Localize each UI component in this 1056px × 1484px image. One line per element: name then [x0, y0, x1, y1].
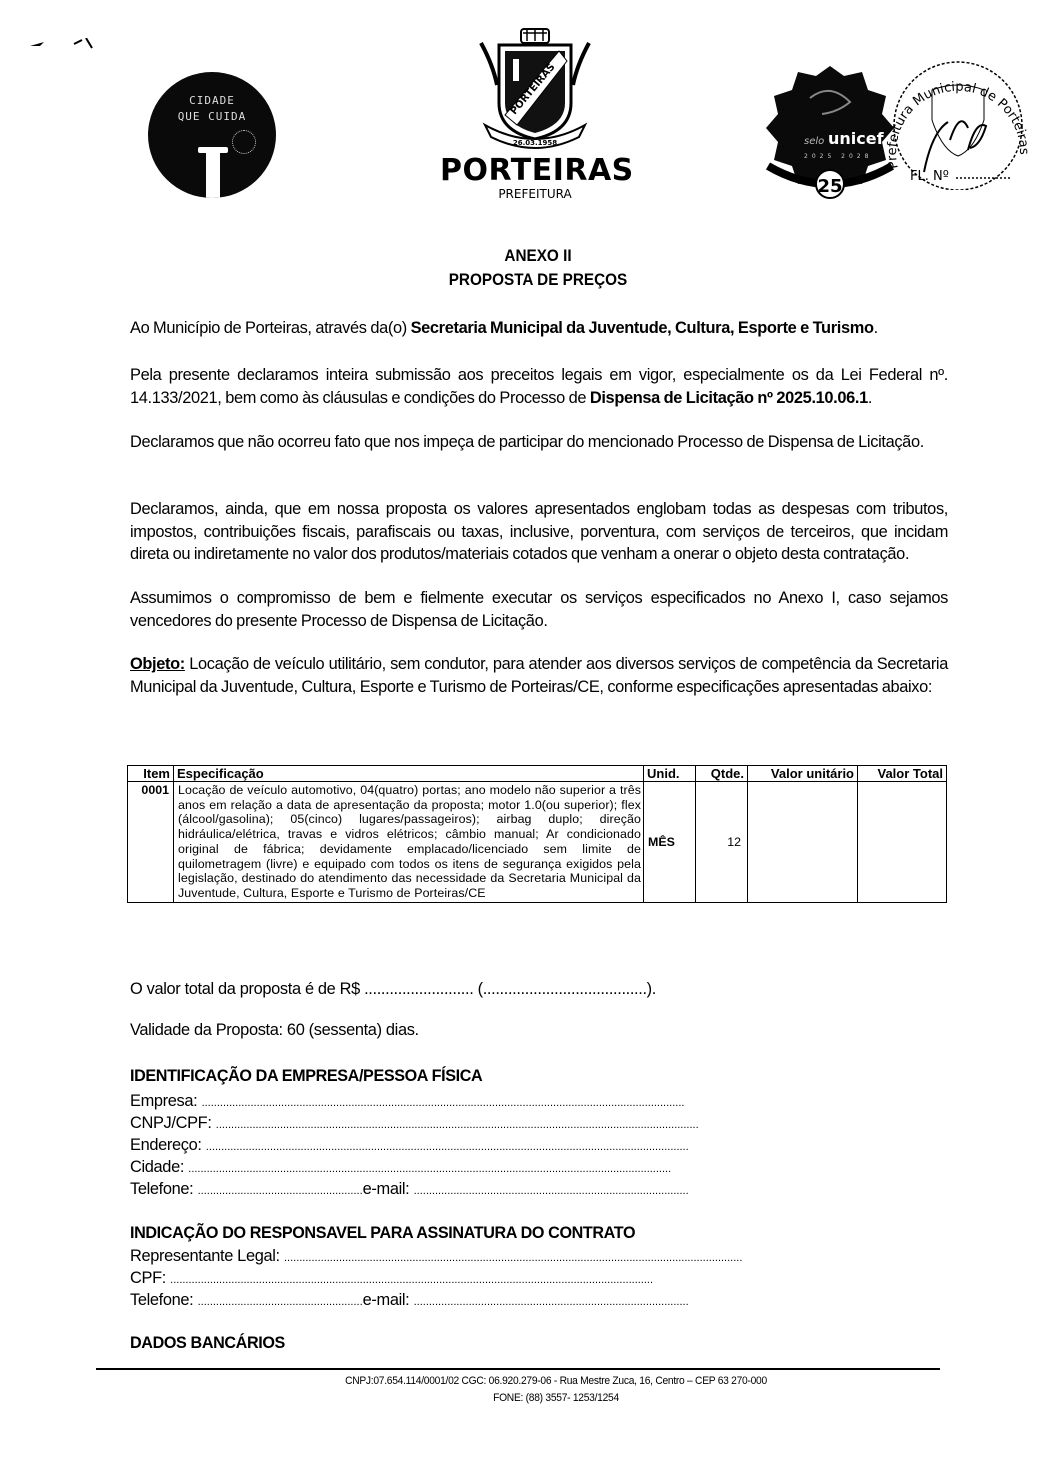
responsavel-telefone-email-field[interactable]: Telefone: ..............................… — [130, 1289, 738, 1313]
annex-title: ANEXO II — [54, 246, 1022, 266]
prefeitura-label: PREFEITURA — [440, 187, 630, 201]
selo-unicef-icon: selo unicef 2025 2028 25 — [760, 62, 900, 202]
fill-line: ........................................… — [414, 1296, 689, 1308]
stamp-prefeitura-icon: Prefeitura Municipal de Porteiras FL. Nº — [880, 60, 1030, 190]
cell-valor-total[interactable] — [858, 782, 947, 903]
city-name: PORTEIRAS — [440, 155, 630, 187]
porteiras-logo: PORTEIRAS 26.03.1958 PORTEIRAS PREFEITUR… — [440, 25, 630, 205]
logo-left-line2: QUE CUIDA — [148, 110, 276, 123]
col-unid: Unid. — [644, 766, 696, 782]
logo-seal-icon — [232, 130, 256, 154]
endereco-field[interactable]: Endereço: ..............................… — [130, 1134, 750, 1158]
cell-unid: MÊS — [644, 782, 696, 903]
fill-line: ........................................… — [188, 1163, 671, 1175]
fill-line: ........................................… — [414, 1185, 689, 1197]
footer-phone: FONE: (88) 3557- 1253/1254 — [56, 1392, 1056, 1404]
secretaria-name: Secretaria Municipal da Juventude, Cultu… — [411, 319, 874, 337]
cidade-logo-icon: CIDADE QUE CUIDA — [148, 72, 276, 198]
company-identification-heading: IDENTIFICAÇÃO DA EMPRESA/PESSOA FÍSICA — [130, 1066, 482, 1086]
cell-item: 0001 — [128, 782, 174, 903]
fill-line: ........................................… — [206, 1141, 689, 1153]
price-table: Item Especificação Unid. Qtde. Valor uni… — [127, 765, 947, 903]
validity-line: Validade da Proposta: 60 (sessenta) dias… — [130, 1021, 419, 1040]
fill-line: ........................................… — [198, 1185, 363, 1197]
object-label: Objeto: — [130, 655, 185, 673]
fill-line: ........................................… — [284, 1252, 742, 1264]
telefone-email-field[interactable]: Telefone: ..............................… — [130, 1178, 735, 1202]
costs-paragraph: Declaramos, ainda, que em nossa proposta… — [130, 498, 948, 566]
svg-text:FL. Nº: FL. Nº — [910, 169, 949, 184]
cell-qtde: 12 — [696, 782, 748, 903]
object-paragraph: Objeto: Locação de veículo utilitário, s… — [130, 653, 948, 698]
footer-divider — [96, 1368, 940, 1370]
logo-left-line1: CIDADE — [148, 94, 276, 107]
footer-address: CNPJ:07.654.114/0001/02 CGC: 06.920.279-… — [56, 1375, 1056, 1387]
fill-line: ........................................… — [170, 1274, 653, 1286]
submission-paragraph: Pela presente declaramos inteira submiss… — [130, 364, 948, 409]
commitment-paragraph: Assumimos o compromisso de bem e fielmen… — [130, 587, 948, 632]
cidade-field[interactable]: Cidade: ................................… — [130, 1156, 750, 1180]
table-header-row: Item Especificação Unid. Qtde. Valor uni… — [128, 766, 947, 782]
cell-spec: Locação de veículo automotivo, 04(quatro… — [174, 782, 644, 903]
fill-line: ........................................… — [216, 1119, 699, 1131]
scan-mark-icon — [28, 38, 108, 58]
empresa-field[interactable]: Empresa: ...............................… — [130, 1090, 750, 1114]
col-valor-total: Valor Total — [858, 766, 947, 782]
total-value-line: O valor total da proposta é de R$ ......… — [130, 980, 656, 999]
fill-line: ........................................… — [198, 1296, 363, 1308]
svg-text:unicef: unicef — [828, 129, 885, 148]
table-row: 0001 Locação de veículo automotivo, 04(q… — [128, 782, 947, 903]
col-qtde: Qtde. — [696, 766, 748, 782]
svg-text:26.03.1958: 26.03.1958 — [513, 139, 557, 147]
logo-stem-shape — [206, 147, 220, 198]
porteiras-coat-of-arms-icon: PORTEIRAS 26.03.1958 — [475, 25, 595, 155]
representante-legal-field[interactable]: Representante Legal: ...................… — [130, 1245, 742, 1269]
cnpj-cpf-field[interactable]: CNPJ/CPF: ..............................… — [130, 1112, 760, 1136]
svg-text:2025 2028: 2025 2028 — [804, 153, 872, 160]
addressee-paragraph: Ao Município de Porteiras, através da(o)… — [130, 317, 948, 340]
declaration-paragraph: Declaramos que não ocorreu fato que nos … — [130, 431, 948, 454]
cpf-field[interactable]: CPF: ...................................… — [130, 1267, 744, 1291]
col-item: Item — [128, 766, 174, 782]
col-valor-unitario: Valor unitário — [748, 766, 858, 782]
svg-text:selo: selo — [804, 136, 824, 147]
process-number: Dispensa de Licitação nº 2025.10.06.1 — [590, 389, 868, 407]
cell-valor-unitario[interactable] — [748, 782, 858, 903]
col-spec: Especificação — [174, 766, 644, 782]
document-title: PROPOSTA DE PREÇOS — [54, 270, 1022, 290]
svg-text:25: 25 — [817, 176, 842, 197]
bank-data-heading: DADOS BANCÁRIOS — [130, 1333, 285, 1353]
fill-line: ........................................… — [202, 1097, 685, 1109]
signatory-heading: INDICAÇÃO DO RESPONSAVEL PARA ASSINATURA… — [130, 1223, 635, 1243]
